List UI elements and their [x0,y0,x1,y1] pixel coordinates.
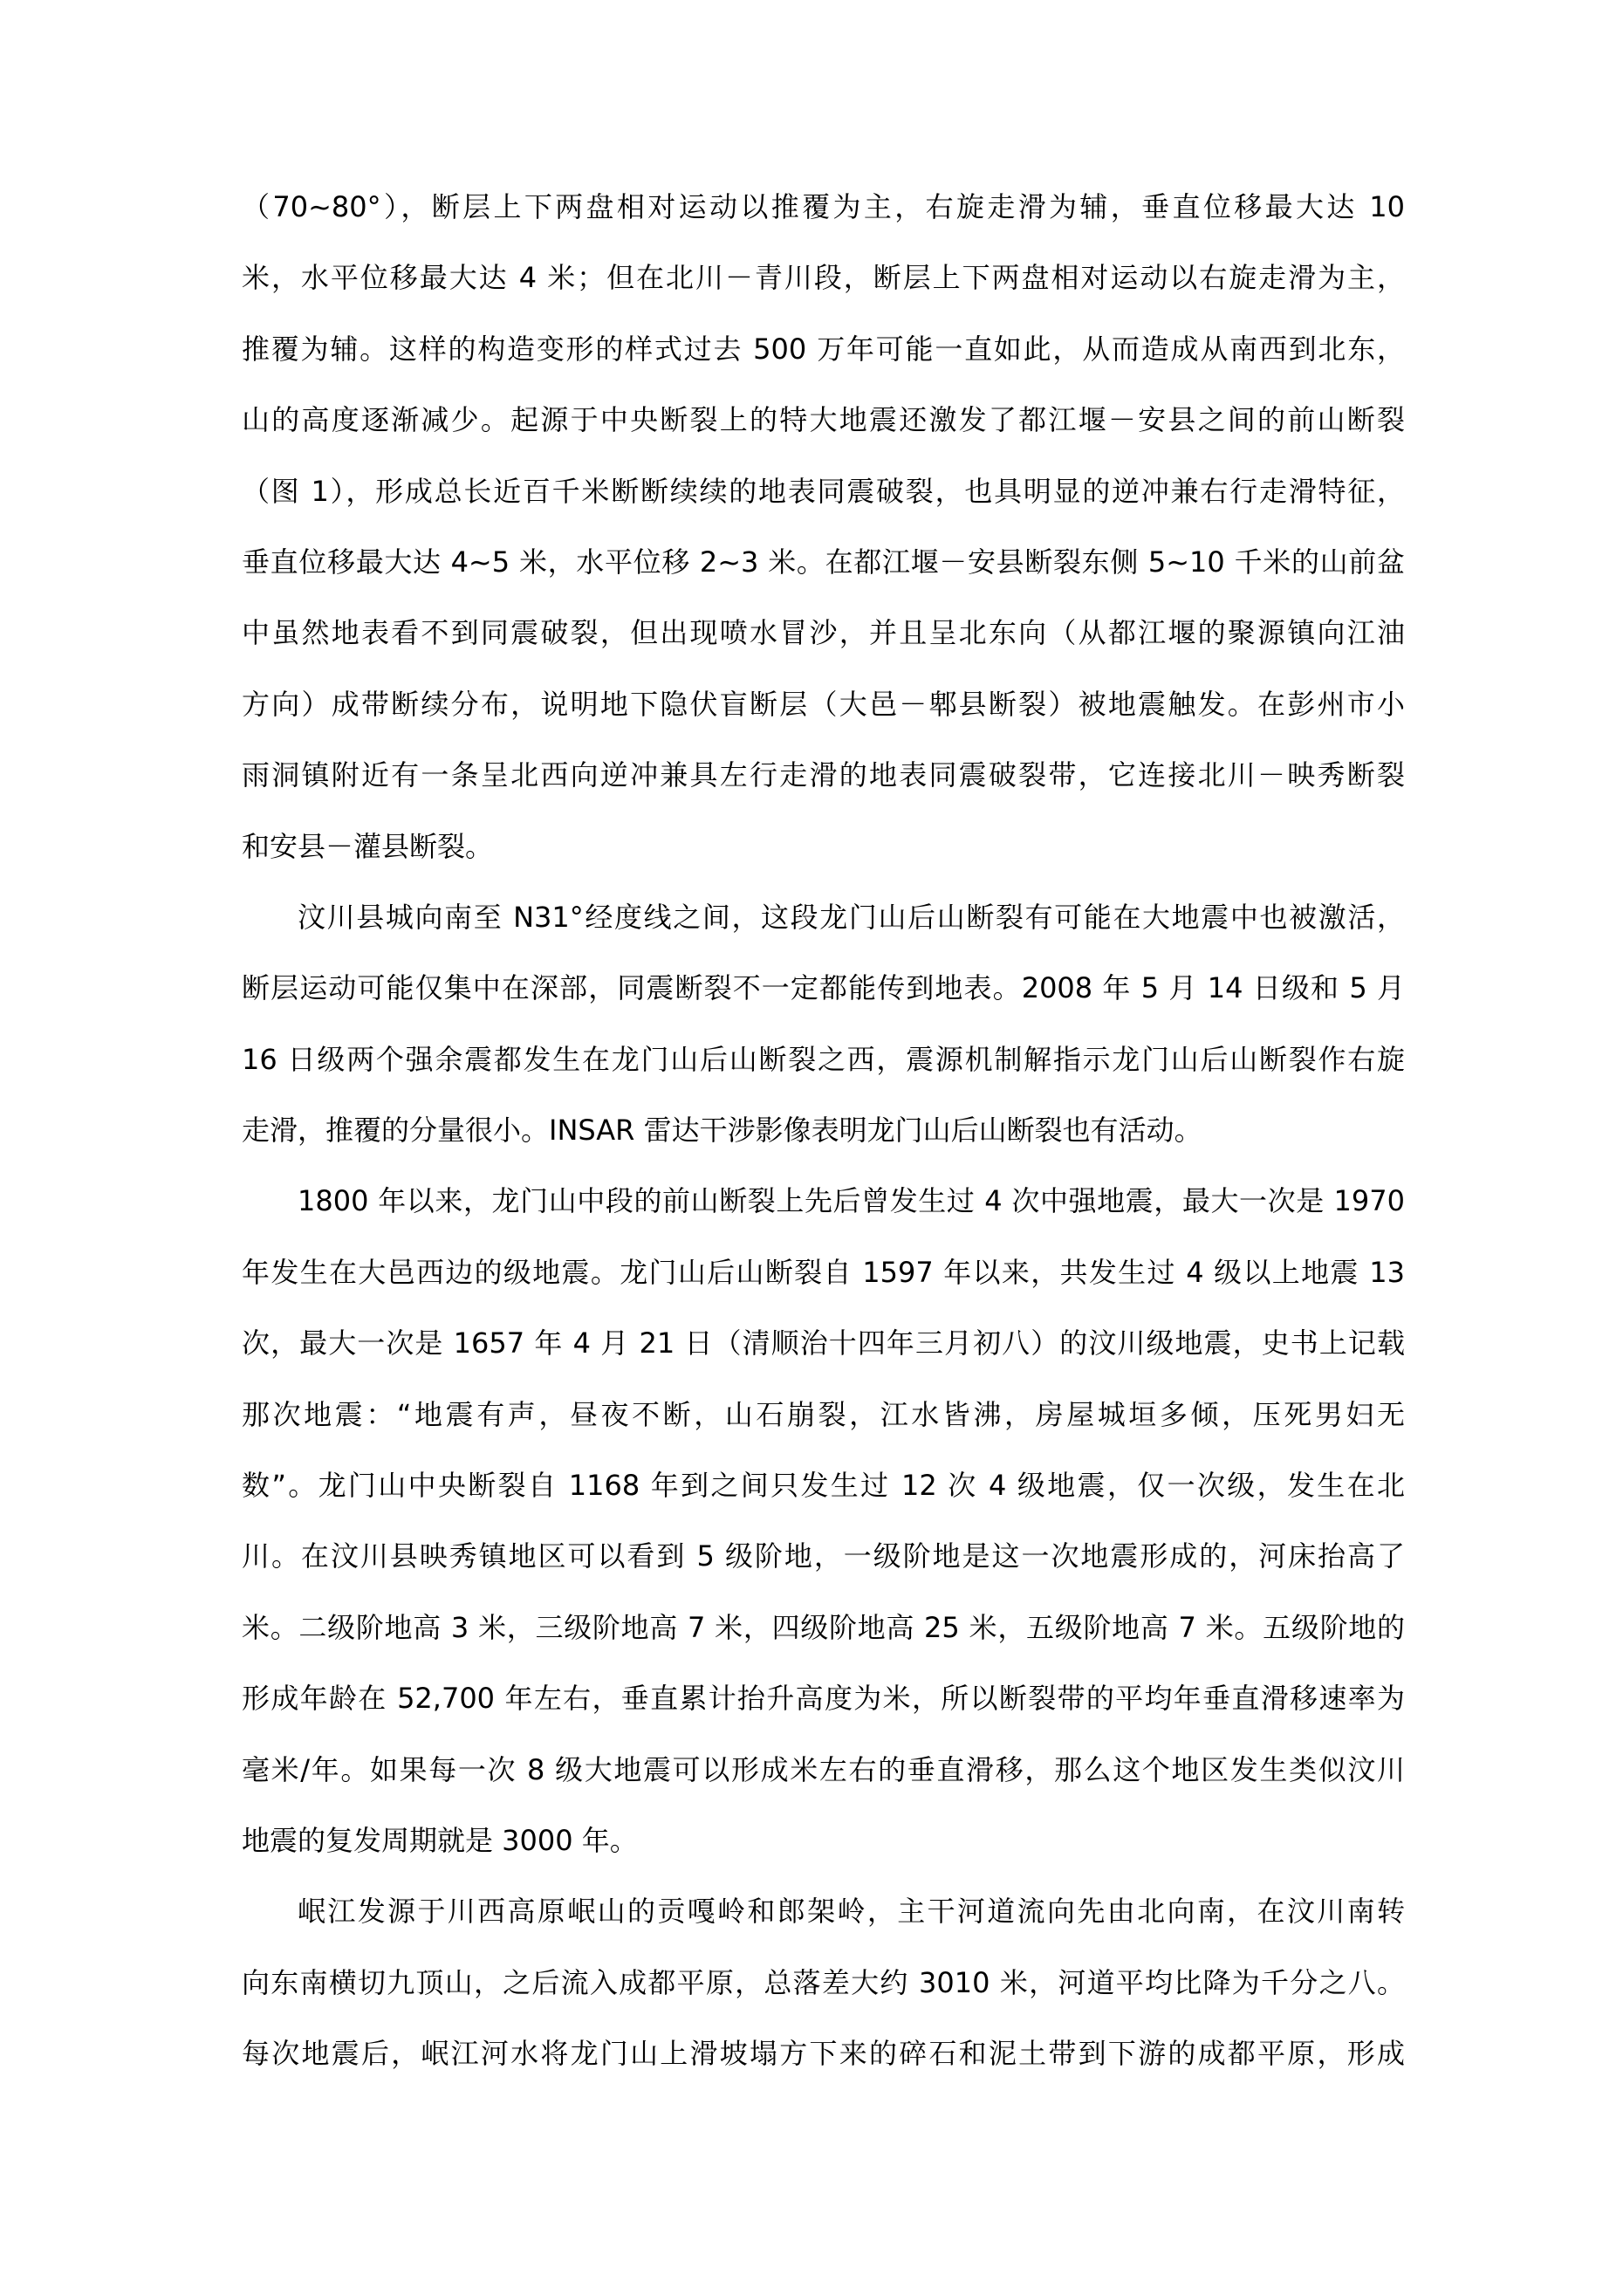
document-page: （70~80°），断层上下两盘相对运动以推覆为主，右旋走滑为辅，垂直位移最大达 … [0,0,1623,2296]
text-line: 岷江发源于川西高原岷山的贡嘎岭和郎架岭，主干河道流向先由北向南，在汶川南转 [242,1876,1405,1947]
text-line: 地震的复发周期就是 3000 年。 [242,1806,1405,1876]
text-line: 断层运动可能仅集中在深部，同震断裂不一定都能传到地表。2008 年 5 月 14… [242,953,1405,1024]
text-line: （图 1），形成总长近百千米断断续续的地表同震破裂，也具明显的逆冲兼右行走滑特征… [242,456,1405,527]
text-line: 毫米/年。如果每一次 8 级大地震可以形成米左右的垂直滑移，那么这个地区发生类似… [242,1735,1405,1806]
text-line: 方向）成带断续分布，说明地下隐伏盲断层（大邑－郫县断裂）被地震触发。在彭州市小 [242,669,1405,740]
text-line: 雨洞镇附近有一条呈北西向逆冲兼具左行走滑的地表同震破裂带，它连接北川－映秀断裂 [242,740,1405,811]
text-line: 推覆为辅。这样的构造变形的样式过去 500 万年可能一直如此，从而造成从南西到北… [242,314,1405,385]
text-line: 1800 年以来，龙门山中段的前山断裂上先后曾发生过 4 次中强地震，最大一次是… [242,1166,1405,1237]
paragraph: 汶川县城向南至 N31°经度线之间，这段龙门山后山断裂有可能在大地震中也被激活，… [242,882,1405,1167]
text-line: 数”。龙门山中央断裂自 1168 年到之间只发生过 12 次 4 级地震，仅一次… [242,1450,1405,1521]
text-line: 川。在汶川县映秀镇地区可以看到 5 级阶地，一级阶地是这一次地震形成的，河床抬高… [242,1521,1405,1592]
text-line: 每次地震后，岷江河水将龙门山上滑坡塌方下来的碎石和泥土带到下游的成都平原，形成 [242,2018,1405,2089]
text-line: 16 日级两个强余震都发生在龙门山后山断裂之西，震源机制解指示龙门山后山断裂作右… [242,1025,1405,1095]
text-line: （70~80°），断层上下两盘相对运动以推覆为主，右旋走滑为辅，垂直位移最大达 … [242,172,1405,243]
document-body: （70~80°），断层上下两盘相对运动以推覆为主，右旋走滑为辅，垂直位移最大达 … [242,172,1405,2090]
text-line: 中虽然地表看不到同震破裂，但出现喷水冒沙，并且呈北东向（从都江堰的聚源镇向江油 [242,598,1405,668]
text-line: 次，最大一次是 1657 年 4 月 21 日（清顺治十四年三月初八）的汶川级地… [242,1308,1405,1379]
text-line: 那次地震：“地震有声，昼夜不断，山石崩裂，江水皆沸，房屋城垣多倾，压死男妇无 [242,1380,1405,1450]
paragraph: 1800 年以来，龙门山中段的前山断裂上先后曾发生过 4 次中强地震，最大一次是… [242,1166,1405,1876]
text-line: 汶川县城向南至 N31°经度线之间，这段龙门山后山断裂有可能在大地震中也被激活， [242,882,1405,953]
text-line: 向东南横切九顶山，之后流入成都平原，总落差大约 3010 米，河道平均比降为千分… [242,1948,1405,2018]
text-line: 垂直位移最大达 4~5 米，水平位移 2~3 米。在都江堰－安县断裂东侧 5~1… [242,527,1405,598]
paragraph: 岷江发源于川西高原岷山的贡嘎岭和郎架岭，主干河道流向先由北向南，在汶川南转向东南… [242,1876,1405,2089]
text-line: 和安县－灌县断裂。 [242,812,1405,882]
text-line: 米。二级阶地高 3 米，三级阶地高 7 米，四级阶地高 25 米，五级阶地高 7… [242,1593,1405,1663]
text-line: 年发生在大邑西边的级地震。龙门山后山断裂自 1597 年以来，共发生过 4 级以… [242,1237,1405,1308]
paragraph: （70~80°），断层上下两盘相对运动以推覆为主，右旋走滑为辅，垂直位移最大达 … [242,172,1405,882]
text-line: 米，水平位移最大达 4 米；但在北川－青川段，断层上下两盘相对运动以右旋走滑为主… [242,243,1405,313]
text-line: 走滑，推覆的分量很小。INSAR 雷达干涉影像表明龙门山后山断裂也有活动。 [242,1095,1405,1166]
text-line: 形成年龄在 52,700 年左右，垂直累计抬升高度为米，所以断裂带的平均年垂直滑… [242,1663,1405,1734]
text-line: 山的高度逐渐减少。起源于中央断裂上的特大地震还激发了都江堰－安县之间的前山断裂 [242,385,1405,456]
